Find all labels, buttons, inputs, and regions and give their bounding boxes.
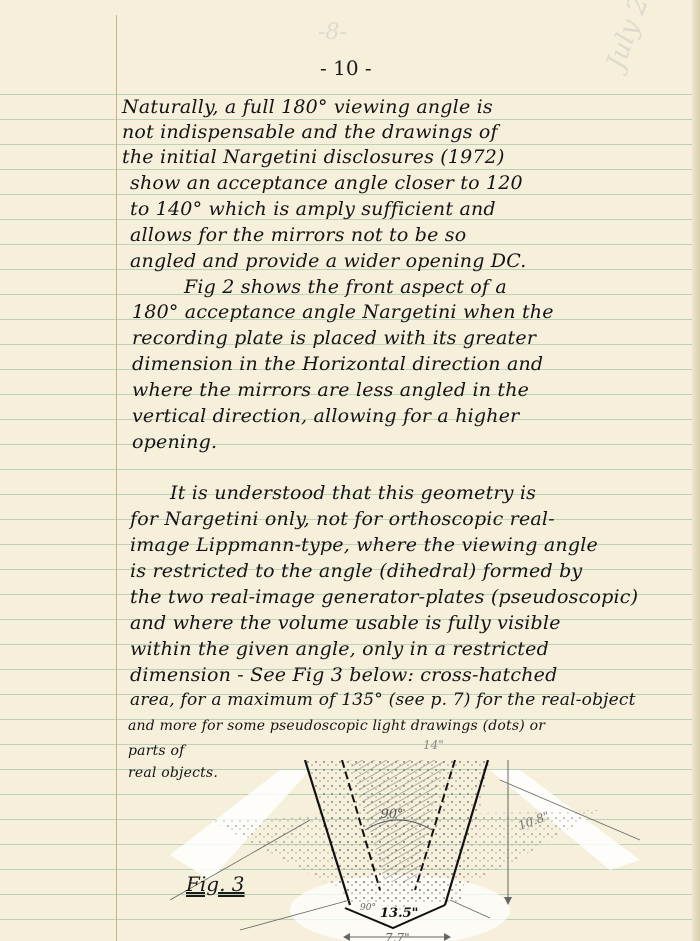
bleed-through-date: July 20 bbox=[601, 0, 660, 73]
margin-line bbox=[116, 15, 117, 941]
notebook-page: July 20 -8- - 10 - Naturally, a full 180… bbox=[0, 0, 700, 941]
page-edge bbox=[692, 0, 700, 941]
text-line: is restricted to the angle (dihedral) fo… bbox=[130, 560, 582, 582]
text-line: It is understood that this geometry is bbox=[170, 482, 536, 504]
figure-3-diagram: 90° 10.8" 90° 13.5" 7.7" bbox=[170, 760, 640, 941]
text-line: and more for some pseudoscopic light dra… bbox=[128, 718, 545, 734]
text-line: angled and provide a wider opening DC. bbox=[130, 250, 527, 272]
text-line: where the mirrors are less angled in the bbox=[132, 379, 529, 401]
text-line: recording plate is placed with its great… bbox=[132, 327, 536, 349]
bottom-angle-label: 90° bbox=[360, 903, 376, 913]
text-line: and where the volume usable is fully vis… bbox=[130, 612, 561, 634]
text-line: Fig 2 shows the front aspect of a bbox=[184, 276, 507, 298]
text-line: allows for the mirrors not to be so bbox=[130, 224, 466, 246]
text-line: parts of bbox=[128, 743, 184, 759]
bottom-width-label: 7.7" bbox=[385, 931, 410, 941]
text-line: for Nargetini only, not for orthoscopic … bbox=[130, 508, 555, 530]
text-line: dimension in the Horizontal direction an… bbox=[132, 353, 543, 375]
top-width-label: 14" bbox=[423, 738, 444, 752]
text-line: image Lippmann-type, where the viewing a… bbox=[130, 534, 598, 556]
figure-label: Fig. 3 bbox=[186, 872, 245, 896]
text-line: area, for a maximum of 135° (see p. 7) f… bbox=[130, 690, 636, 710]
text-line: within the given angle, only in a restri… bbox=[130, 638, 549, 660]
bottom-edge-label: 13.5" bbox=[380, 906, 418, 921]
inner-angle-label: 90° bbox=[380, 807, 403, 822]
text-line: vertical direction, allowing for a highe… bbox=[132, 405, 519, 427]
text-line: opening. bbox=[132, 431, 217, 453]
text-line: dimension - See Fig 3 below: cross-hatch… bbox=[130, 664, 557, 686]
text-line: the initial Nargetini disclosures (1972) bbox=[122, 146, 505, 168]
text-line: to 140° which is amply sufficient and bbox=[130, 198, 496, 220]
page-number: - 10 - bbox=[320, 56, 372, 80]
text-line: show an acceptance angle closer to 120 bbox=[130, 172, 523, 194]
text-line: 180° acceptance angle Nargetini when the bbox=[132, 301, 554, 323]
text-line: the two real-image generator-plates (pse… bbox=[130, 586, 638, 608]
text-line: not indispensable and the drawings of bbox=[122, 121, 498, 143]
bleed-through-page-number: -8- bbox=[318, 20, 347, 45]
text-line: Naturally, a full 180° viewing angle is bbox=[122, 96, 493, 118]
